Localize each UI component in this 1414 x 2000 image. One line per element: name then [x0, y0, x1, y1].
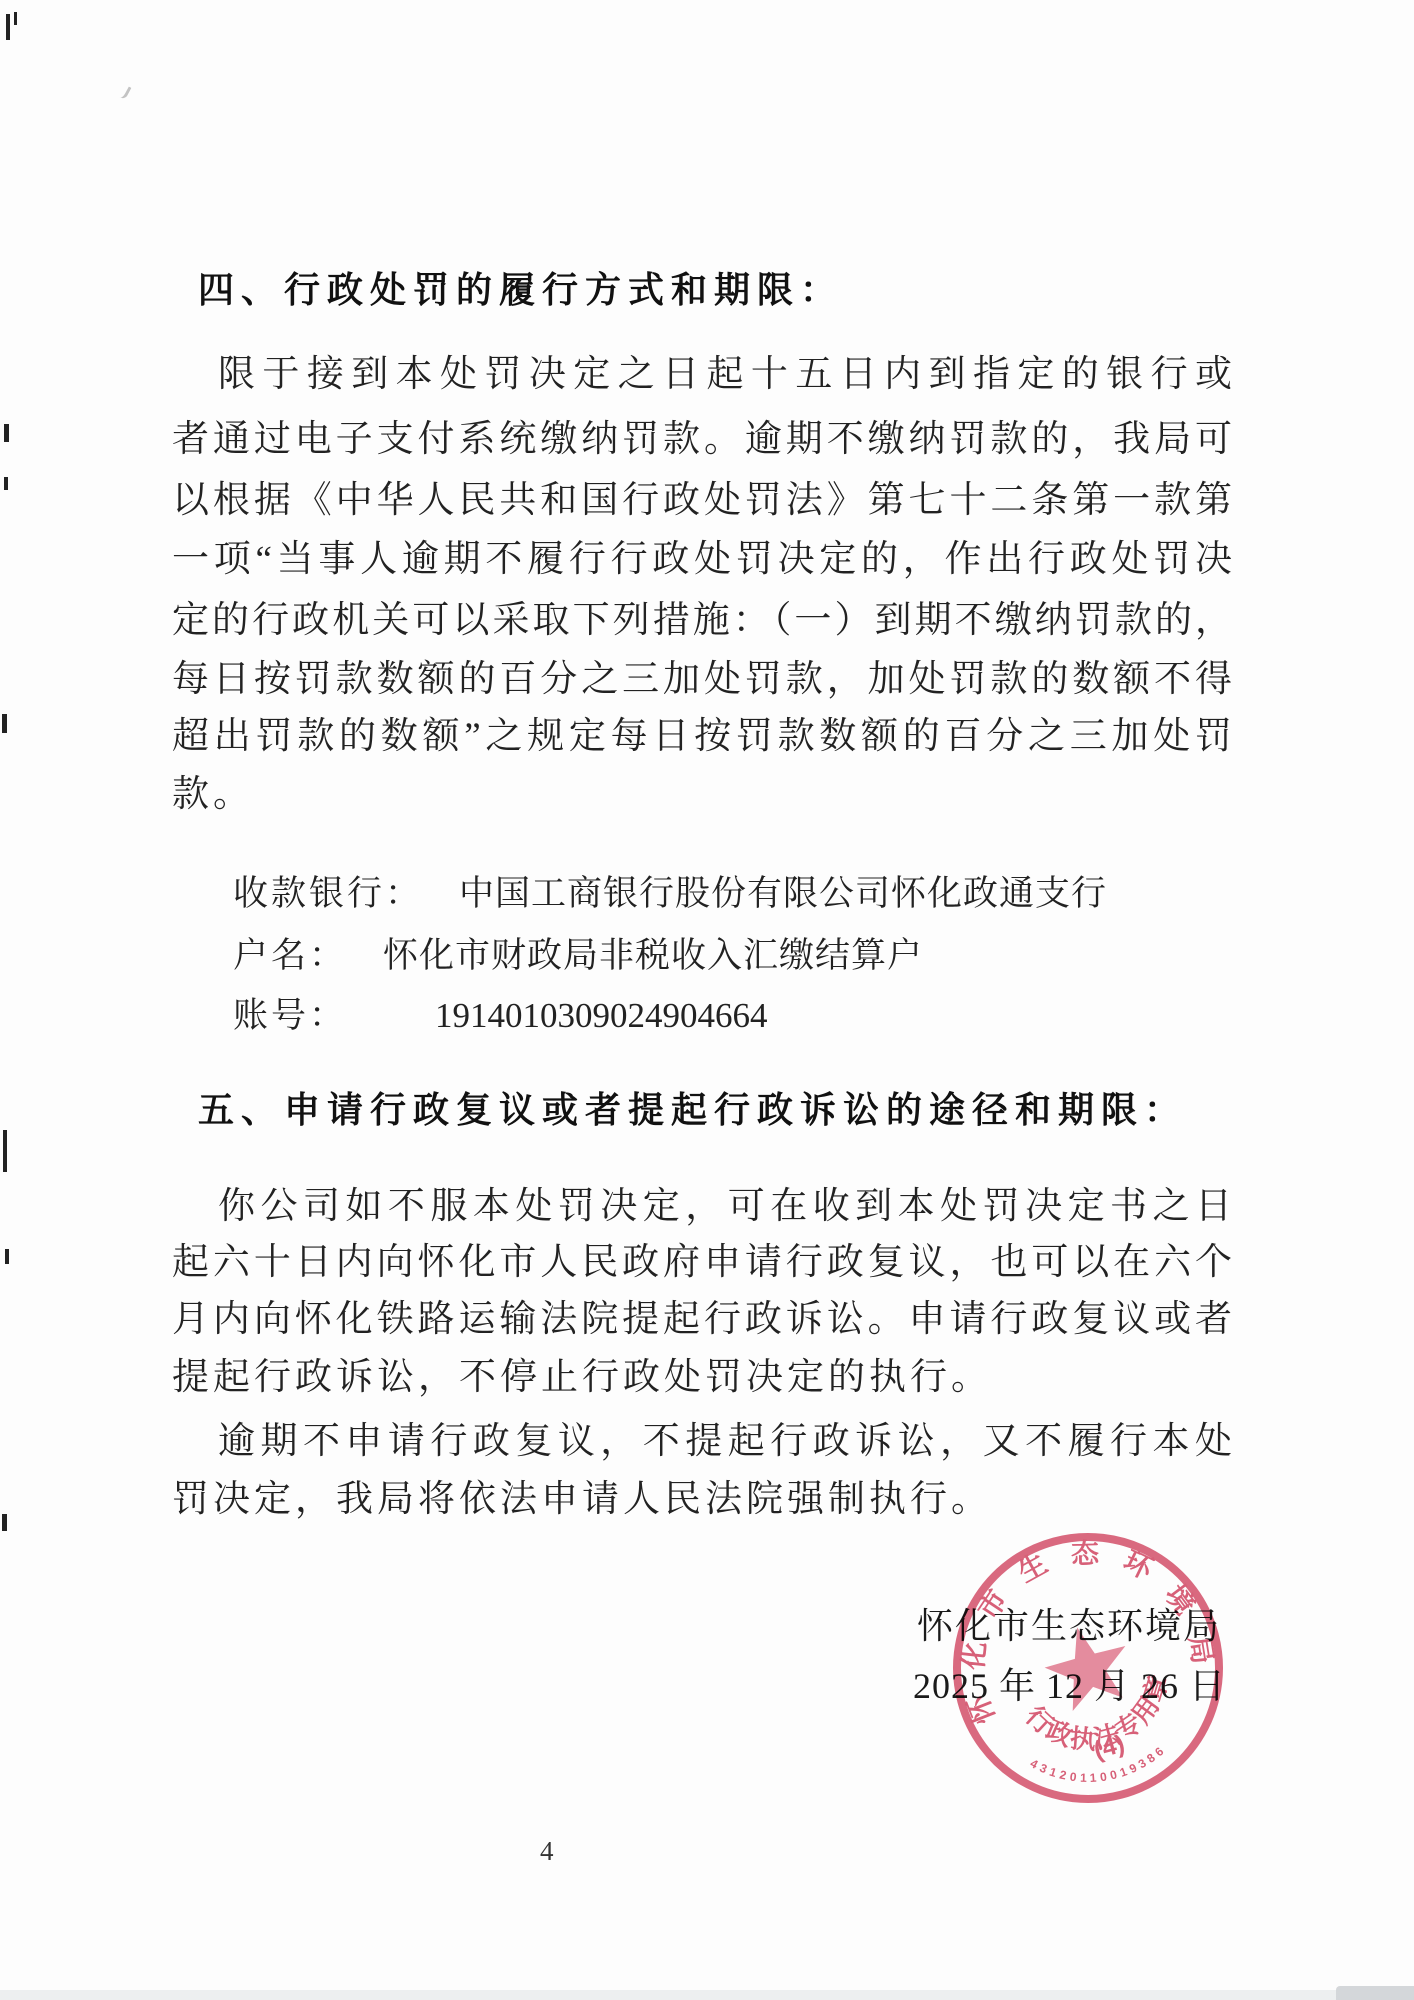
body-line: 起六十日内向怀化市人民政府申请行政复议，也可以在六个: [172, 1239, 1232, 1287]
account-number-label: 账号：: [233, 988, 347, 1038]
scan-artifact: [113, 82, 131, 100]
body-line: 提起行政诉讼，不停止行政处罚决定的执行。: [172, 1354, 992, 1402]
body-line: 以根据《中华人民共和国行政处罚法》第七十二条第一款第: [172, 477, 1232, 525]
scan-artifact: [0, 1990, 1414, 2000]
scan-artifact: [14, 12, 17, 25]
body-line: 者通过电子支付系统缴纳罚款。逾期不缴纳罚款的，我局可: [172, 416, 1232, 464]
scan-artifact: [5, 1249, 9, 1264]
bank-row: 收款银行： 中国工商银行股份有限公司怀化政通支行: [233, 866, 1107, 916]
seal-star-icon: [1037, 1617, 1138, 1716]
body-line: 逾期不申请行政复议，不提起行政诉讼，又不履行本处: [218, 1418, 1232, 1466]
body-line: 款。: [172, 771, 254, 819]
section5-heading: 五、申请行政复议或者提起行政诉讼的途径和期限：: [198, 1082, 1187, 1133]
scan-artifact: [2, 1514, 7, 1531]
body-line: 定的行政机关可以采取下列措施：（一）到期不缴纳罚款的，: [172, 597, 1232, 645]
account-name-label: 户名：: [233, 928, 347, 978]
body-line: 每日按罚款数额的百分之三加处罚款，加处罚款的数额不得: [172, 656, 1232, 704]
official-seal: 怀化市生态环境局 行政执法专用章 (4) 43120110019386: [938, 1518, 1238, 1818]
account-number-row: 账号： 1914010309024904664: [233, 988, 768, 1038]
body-line: 超出罚款的数额”之规定每日按罚款数额的百分之三加处罚: [172, 713, 1232, 761]
scan-artifact: [4, 424, 9, 442]
account-name-value: 怀化市财政局非税收入汇缴结算户: [383, 928, 923, 978]
scanned-document-page: 四、行政处罚的履行方式和期限： 限于接到本处罚决定之日起十五日内到指定的银行或 …: [0, 0, 1414, 2000]
bank-value: 中国工商银行股份有限公司怀化政通支行: [459, 866, 1107, 916]
scan-artifact: [2, 714, 7, 733]
section4-heading: 四、行政处罚的履行方式和期限：: [198, 262, 843, 313]
body-line: 限于接到本处罚决定之日起十五日内到指定的银行或: [218, 351, 1232, 399]
page-number: 4: [540, 1836, 554, 1867]
scan-artifact: [6, 14, 10, 40]
body-line: 罚决定，我局将依法申请人民法院强制执行。: [172, 1476, 992, 1524]
scan-artifact: [3, 1130, 7, 1172]
scan-artifact: [4, 477, 8, 490]
body-line: 你公司如不服本处罚决定，可在收到本处罚决定书之日: [218, 1183, 1232, 1231]
account-number-value: 1914010309024904664: [435, 996, 768, 1036]
body-line: 一项“当事人逾期不履行行政处罚决定的，作出行政处罚决: [172, 536, 1232, 584]
body-line: 月内向怀化铁路运输法院提起行政诉讼。申请行政复议或者: [172, 1296, 1232, 1344]
account-name-row: 户名： 怀化市财政局非税收入汇缴结算户: [233, 928, 923, 978]
scan-artifact: [1336, 1986, 1414, 2000]
bank-label: 收款银行：: [233, 866, 423, 916]
